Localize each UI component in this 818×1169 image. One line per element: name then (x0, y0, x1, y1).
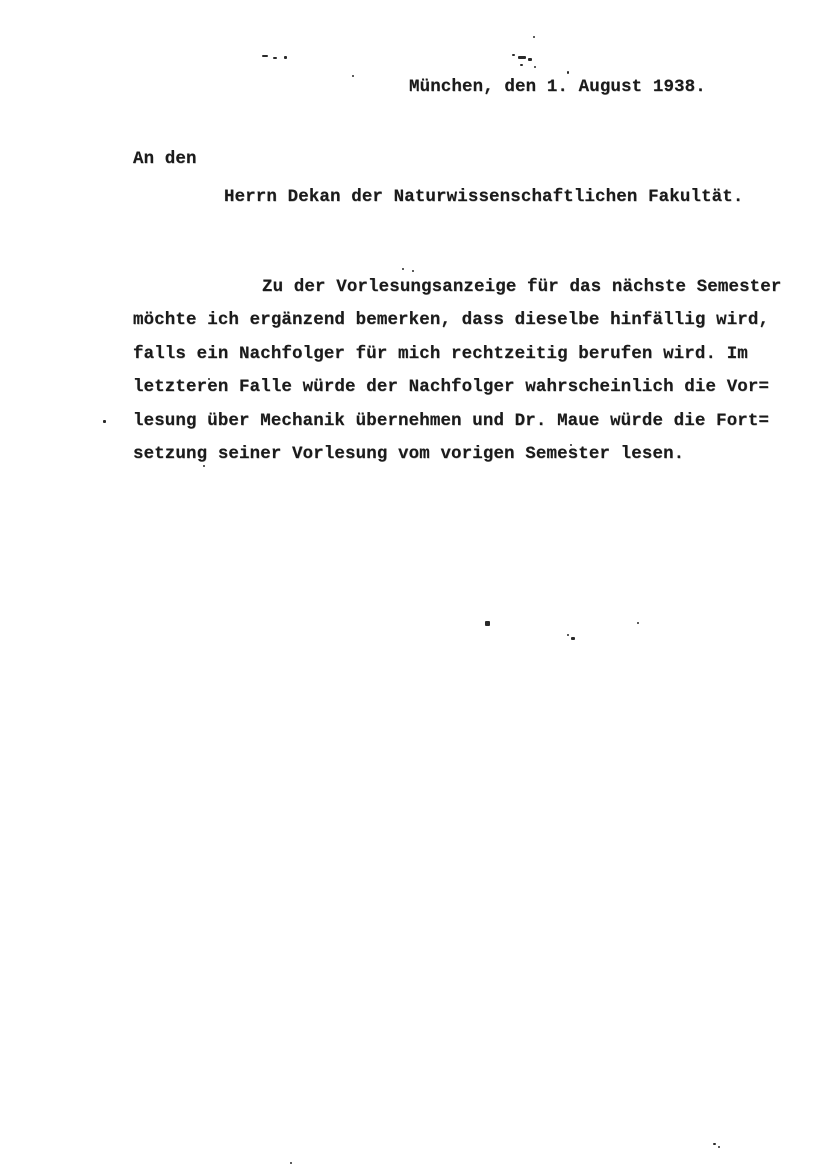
scan-speck (273, 57, 277, 59)
body-line: möchte ich ergänzend bemerken, dass dies… (133, 304, 793, 337)
body-line: letzteren Falle würde der Nachfolger wah… (133, 371, 793, 404)
scan-speck (262, 55, 268, 57)
recipient-salutation: An den (133, 149, 197, 169)
scan-speck (533, 36, 535, 38)
scan-speck (203, 465, 205, 467)
scan-speck (520, 64, 523, 66)
scan-speck (208, 378, 210, 380)
scan-speck (412, 270, 414, 272)
scan-speck (103, 420, 106, 423)
letter-page: München, den 1. August 1938. An den Herr… (0, 0, 818, 1169)
scan-speck (570, 444, 572, 446)
body-line: setzung seiner Vorlesung vom vorigen Sem… (133, 438, 793, 471)
scan-speck (718, 1146, 720, 1148)
scan-speck (485, 621, 490, 626)
letter-body: Zu der Vorlesungsanzeige für das nächste… (133, 271, 793, 471)
scan-speck (352, 75, 354, 77)
scan-speck (290, 1162, 292, 1164)
date-line: München, den 1. August 1938. (409, 77, 706, 97)
body-line: falls ein Nachfolger für mich rechtzeiti… (133, 338, 793, 371)
scan-speck (713, 1143, 716, 1145)
recipient-address-line: Herrn Dekan der Naturwissenschaftlichen … (224, 187, 743, 207)
scan-speck (637, 622, 639, 624)
scan-speck (571, 637, 575, 640)
scan-speck (512, 54, 515, 56)
scan-speck (534, 66, 536, 68)
body-line: lesung über Mechanik übernehmen und Dr. … (133, 405, 793, 438)
body-line: Zu der Vorlesungsanzeige für das nächste… (133, 271, 793, 304)
scan-speck (284, 56, 287, 59)
scan-speck (518, 56, 526, 59)
scan-speck (528, 58, 532, 61)
scan-speck (567, 634, 569, 636)
scan-speck (567, 71, 569, 74)
scan-speck (402, 268, 404, 270)
